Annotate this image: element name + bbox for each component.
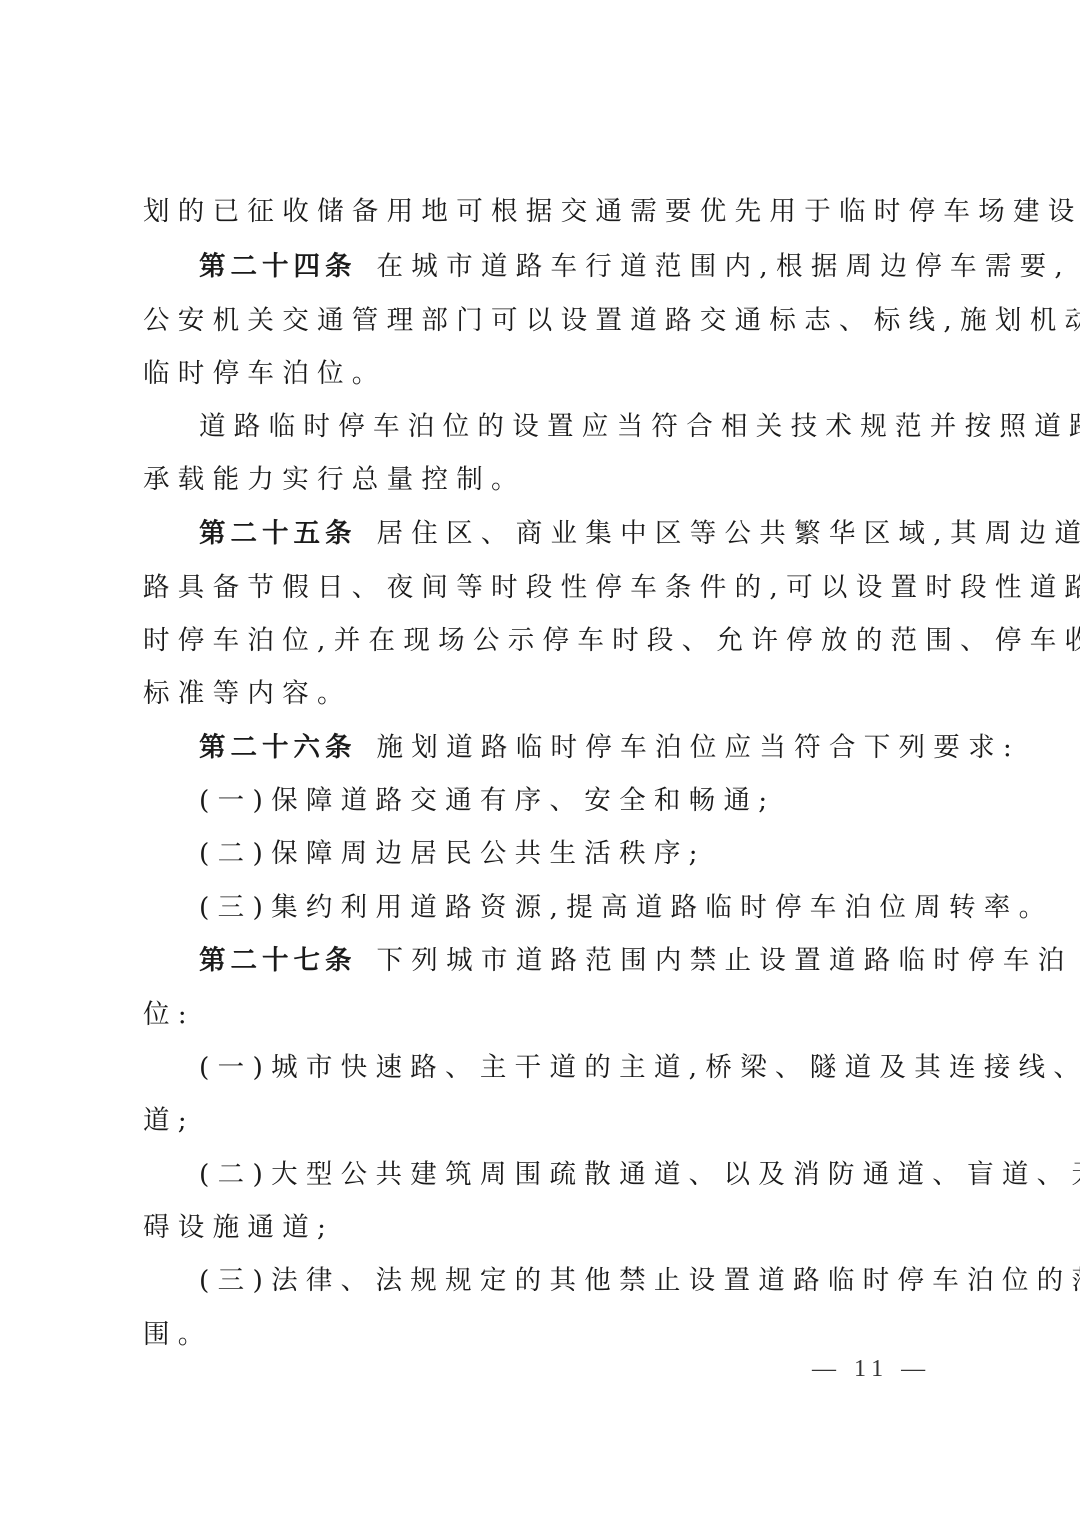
line-text: 临时停车泊位。 — [143, 358, 387, 389]
list-item: (三)法律、法规规定的其他禁止设置道路临时停车泊位的范 — [199, 1266, 999, 1296]
text-line: 道; — [143, 1106, 943, 1136]
line-text: 划的已征收储备用地可根据交通需要优先用于临时停车场建设。 — [143, 196, 1080, 227]
article-24-line: 第二十四条在城市道路车行道范围内,根据周边停车需要, — [199, 252, 999, 282]
page-number: — 11 — — [812, 1356, 931, 1383]
text-line: 承载能力实行总量控制。 — [143, 465, 943, 495]
line-text: (三)集约利用道路资源,提高道路临时停车泊位周转率。 — [199, 892, 1053, 923]
article-25-line: 第二十五条居住区、商业集中区等公共繁华区域,其周边道 — [199, 519, 999, 549]
article-heading: 第二十七条 — [199, 945, 357, 976]
line-text: 在城市道路车行道范围内,根据周边停车需要, — [377, 251, 1072, 282]
document-page: 划的已征收储备用地可根据交通需要优先用于临时停车场建设。 第二十四条在城市道路车… — [0, 0, 1080, 1527]
line-text: 道; — [143, 1105, 195, 1136]
line-text: 下列城市道路范围内禁止设置道路临时停车泊 — [377, 945, 1073, 976]
line-text: (一)城市快速路、主干道的主道,桥梁、隧道及其连接线、匝 — [199, 1052, 1080, 1083]
list-item: (二)保障周边居民公共生活秩序; — [199, 839, 999, 869]
line-text: 居住区、商业集中区等公共繁华区域,其周边道 — [377, 518, 1080, 549]
text-line: 公安机关交通管理部门可以设置道路交通标志、标线,施划机动车 — [143, 306, 943, 336]
article-27-line: 第二十七条下列城市道路范围内禁止设置道路临时停车泊 — [199, 946, 999, 976]
line-text: 承载能力实行总量控制。 — [143, 464, 526, 495]
text-line: 碍设施通道; — [143, 1213, 943, 1243]
text-line: 时停车泊位,并在现场公示停车时段、允许停放的范围、停车收费 — [143, 626, 943, 656]
line-text: 围。 — [143, 1319, 213, 1350]
list-item: (二)大型公共建筑周围疏散通道、以及消防通道、盲道、无障 — [199, 1160, 999, 1190]
text-line: 临时停车泊位。 — [143, 359, 943, 389]
paragraph-line: 道路临时停车泊位的设置应当符合相关技术规范并按照道路 — [199, 412, 999, 442]
list-item: (一)保障道路交通有序、安全和畅通; — [199, 786, 999, 816]
line-text: (一)保障道路交通有序、安全和畅通; — [199, 785, 776, 816]
line-text: 公安机关交通管理部门可以设置道路交通标志、标线,施划机动车 — [143, 305, 1080, 336]
line-text: 位: — [143, 999, 195, 1030]
line-text: (三)法律、法规规定的其他禁止设置道路临时停车泊位的范 — [199, 1265, 1080, 1296]
text-line: 标准等内容。 — [143, 679, 943, 709]
article-heading: 第二十四条 — [199, 251, 357, 282]
list-item: (一)城市快速路、主干道的主道,桥梁、隧道及其连接线、匝 — [199, 1053, 999, 1083]
line-text: 标准等内容。 — [143, 678, 352, 709]
text-line: 划的已征收储备用地可根据交通需要优先用于临时停车场建设。 — [143, 197, 943, 227]
list-item: (三)集约利用道路资源,提高道路临时停车泊位周转率。 — [199, 893, 999, 923]
line-text: 路具备节假日、夜间等时段性停车条件的,可以设置时段性道路临 — [143, 572, 1080, 603]
line-text: 道路临时停车泊位的设置应当符合相关技术规范并按照道路 — [199, 411, 1080, 442]
article-heading: 第二十六条 — [199, 732, 357, 763]
line-text: (二)保障周边居民公共生活秩序; — [199, 838, 706, 869]
text-line: 位: — [143, 1000, 943, 1030]
article-26-line: 第二十六条施划道路临时停车泊位应当符合下列要求: — [199, 733, 999, 763]
line-text: 时停车泊位,并在现场公示停车时段、允许停放的范围、停车收费 — [143, 625, 1080, 656]
line-text: 碍设施通道; — [143, 1212, 334, 1243]
line-text: (二)大型公共建筑周围疏散通道、以及消防通道、盲道、无障 — [199, 1159, 1080, 1190]
text-line: 围。 — [143, 1320, 943, 1350]
line-text: 施划道路临时停车泊位应当符合下列要求: — [377, 732, 1021, 763]
article-heading: 第二十五条 — [199, 518, 357, 549]
text-line: 路具备节假日、夜间等时段性停车条件的,可以设置时段性道路临 — [143, 573, 943, 603]
